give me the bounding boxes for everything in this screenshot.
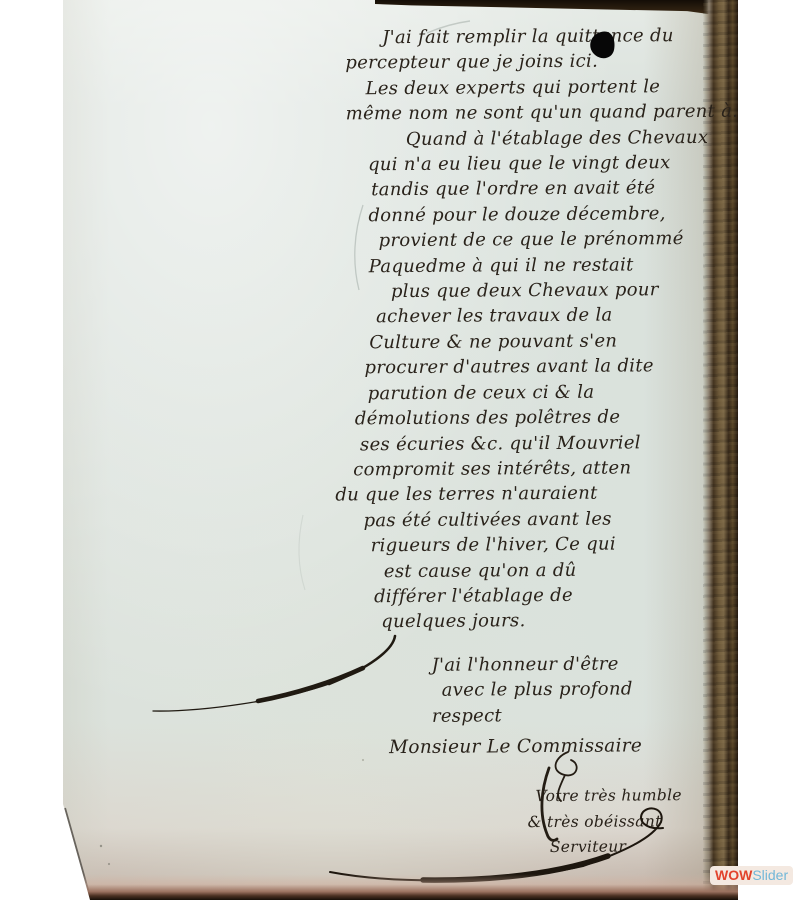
manuscript-line: Serviteur: [550, 835, 768, 862]
manuscript-line: différer l'établage de: [374, 581, 766, 609]
manuscript-line: est cause qu'on a dû: [384, 556, 766, 584]
manuscript-line: même nom ne sont qu'un quand parent à.: [346, 99, 763, 127]
manuscript-line: tandis que l'ordre en avait été: [371, 175, 763, 203]
watermark-slider-text: Slider: [752, 866, 788, 885]
manuscript-line: donné pour le douze décembre,: [368, 200, 763, 228]
manuscript-line: plus que deux Chevaux pour: [391, 277, 764, 305]
manuscript-line: provient de ce que le prénommé: [378, 226, 763, 254]
manuscript-line: J'ai fait remplir la quittance du: [382, 23, 762, 51]
manuscript-line: Votre très humble: [535, 784, 767, 811]
book-top-page-edges: [375, 0, 738, 18]
manuscript-line: qui n'a eu lieu que le vingt deux: [368, 150, 763, 178]
manuscript-line: ses écuries &c. qu'il Mouvriel: [360, 429, 765, 457]
manuscript-line: respect: [432, 701, 767, 729]
manuscript-line: Paquedme à qui il ne restait: [369, 251, 764, 279]
manuscript-photo: J'ai fait remplir la quittance du percep…: [63, 0, 738, 900]
manuscript-line: avec le plus profond: [442, 676, 767, 704]
manuscript-line: pas été cultivées avant les: [363, 505, 765, 533]
manuscript-line: compromit ses intérêts, atten: [353, 454, 765, 482]
manuscript-line: Les deux experts qui portent le: [365, 73, 762, 101]
wowslider-watermark[interactable]: WOWSlider: [710, 866, 793, 885]
manuscript-line: achever les travaux de la: [376, 302, 764, 330]
manuscript-line: Culture & ne pouvant s'en: [369, 327, 764, 355]
manuscript-line: démolutions des polêtres de: [355, 404, 765, 432]
manuscript-line: J'ai l'honneur d'être: [431, 650, 766, 678]
manuscript-line: procurer d'autres avant la dite: [364, 353, 764, 381]
manuscript-line: Monsieur Le Commissaire: [389, 732, 767, 760]
manuscript-line: & très obéissant: [528, 809, 768, 836]
watermark-wow-text: WOW: [715, 866, 752, 885]
page-bottom-shadow: [63, 874, 738, 900]
manuscript-line: Quand à l'établage des Chevaux: [406, 124, 763, 152]
manuscript-line: percepteur que je joins ici.: [345, 48, 762, 76]
manuscript-line: rigueurs de l'hiver, Ce qui: [371, 531, 766, 559]
manuscript-text: J'ai fait remplir la quittance du percep…: [332, 23, 768, 864]
manuscript-line: parution de ceux ci & la: [368, 378, 765, 406]
manuscript-line: quelques jours.: [381, 607, 766, 635]
manuscript-line: du que les terres n'auraient: [335, 480, 765, 508]
